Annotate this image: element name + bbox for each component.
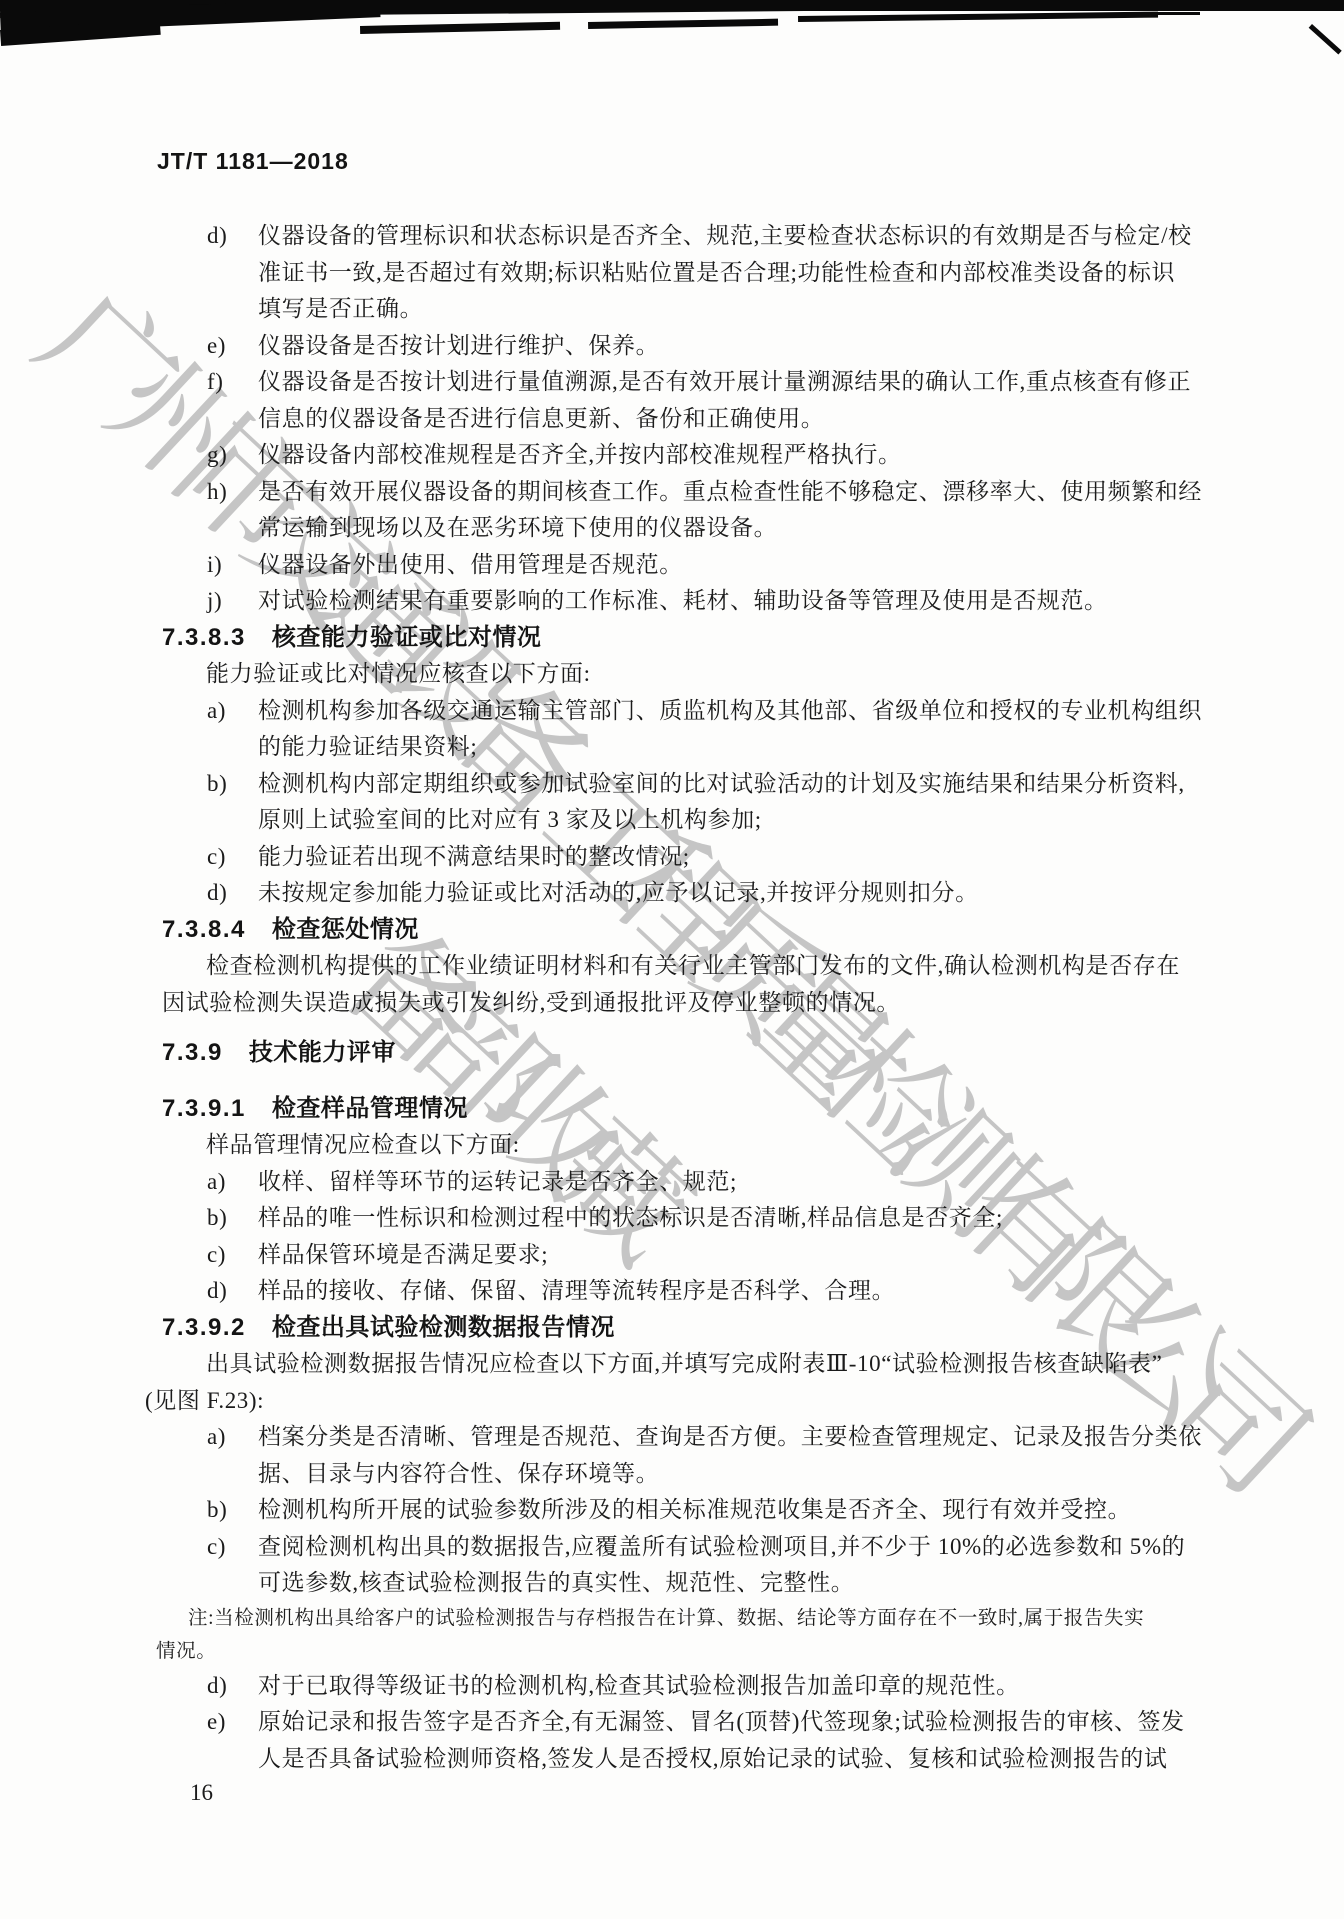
list-marker: a) (207, 693, 226, 730)
text-line: d)仪器设备的管理标识和状态标识是否齐全、规范,主要检查状态标识的有效期是否与检… (0, 218, 1344, 255)
list-marker: d) (207, 1668, 227, 1705)
section-title: 核查能力验证或比对情况 (272, 624, 542, 651)
line-text: 检查检测机构提供的工作业绩证明材料和有关行业主管部门发布的文件,确认检测机构是否… (206, 953, 1180, 978)
text-line: f)仪器设备是否按计划进行量值溯源,是否有效开展计量溯源结果的确认工作,重点核查… (0, 364, 1344, 401)
line-text: 常运输到现场以及在恶劣环境下使用的仪器设备。 (258, 515, 777, 540)
text-line: d)样品的接收、存储、保留、清理等流转程序是否科学、合理。 (0, 1273, 1344, 1310)
document-body: d)仪器设备的管理标识和状态标识是否齐全、规范,主要检查状态标识的有效期是否与检… (0, 218, 1344, 1806)
list-marker: b) (207, 1200, 227, 1237)
text-line: e)仪器设备是否按计划进行维护、保养。 (0, 328, 1344, 365)
line-text: 准证书一致,是否超过有效期;标识粘贴位置是否合理;功能性检查和内部校准类设备的标… (258, 260, 1175, 285)
line-text: 据、目录与内容符合性、保存环境等。 (258, 1461, 659, 1486)
text-line: c)样品保管环境是否满足要求; (0, 1237, 1344, 1274)
section-number: 7.3.9.1 (162, 1095, 246, 1122)
line-text: 检测机构所开展的试验参数所涉及的相关标准规范收集是否齐全、现行有效并受控。 (258, 1497, 1131, 1522)
line-text: 对于已取得等级证书的检测机构,检查其试验检测报告加盖印章的规范性。 (258, 1673, 1020, 1698)
line-text: 仪器设备外出使用、借用管理是否规范。 (258, 552, 683, 577)
line-text: 能力验证若出现不满意结果时的整改情况; (258, 844, 690, 869)
line-text: 对试验检测结果有重要影响的工作标准、耗材、辅助设备等管理及使用是否规范。 (258, 588, 1108, 613)
list-marker: b) (207, 1492, 227, 1529)
list-marker: j) (207, 583, 222, 620)
text-line: 信息的仪器设备是否进行信息更新、备份和正确使用。 (0, 401, 1344, 438)
list-marker: d) (207, 875, 227, 912)
line-text: 人是否具备试验检测师资格,签发人是否授权,原始记录的试验、复核和试验检测报告的试 (258, 1746, 1168, 1771)
line-text: 仪器设备的管理标识和状态标识是否齐全、规范,主要检查状态标识的有效期是否与检定/… (258, 223, 1192, 248)
line-text: 因试验检测失误造成损失或引发纠纷,受到通报批评及停业整顿的情况。 (162, 990, 900, 1015)
scan-artifact-dash-1 (360, 22, 560, 34)
section-heading: 7.3.9技术能力评审 (0, 1035, 1344, 1072)
scan-artifact-dash-2 (588, 19, 778, 29)
section-number: 7.3.8.4 (162, 916, 246, 943)
line-text: 的能力验证结果资料; (258, 734, 477, 759)
text-line: j)对试验检测结果有重要影响的工作标准、耗材、辅助设备等管理及使用是否规范。 (0, 583, 1344, 620)
line-text: 仪器设备内部校准规程是否齐全,并按内部校准规程严格执行。 (258, 442, 902, 467)
text-line: b)样品的唯一性标识和检测过程中的状态标识是否清晰,样品信息是否齐全; (0, 1200, 1344, 1237)
list-marker: e) (207, 328, 226, 365)
text-line: a)收样、留样等环节的运转记录是否齐全、规范; (0, 1164, 1344, 1201)
text-line: 准证书一致,是否超过有效期;标识粘贴位置是否合理;功能性检查和内部校准类设备的标… (0, 255, 1344, 292)
text-line: (见图 F.23): (0, 1383, 1344, 1420)
line-text: 能力验证或比对情况应核查以下方面: (206, 661, 591, 686)
text-line: 据、目录与内容符合性、保存环境等。 (0, 1456, 1344, 1493)
text-line: g)仪器设备内部校准规程是否齐全,并按内部校准规程严格执行。 (0, 437, 1344, 474)
text-line: 样品管理情况应检查以下方面: (0, 1127, 1344, 1164)
line-text: 样品保管环境是否满足要求; (258, 1242, 548, 1267)
page-number: 16 (0, 1780, 1344, 1806)
line-text: 仪器设备是否按计划进行维护、保养。 (258, 333, 659, 358)
line-text: 未按规定参加能力验证或比对活动的,应予以记录,并按评分规则扣分。 (258, 880, 979, 905)
text-line: 常运输到现场以及在恶劣环境下使用的仪器设备。 (0, 510, 1344, 547)
text-line: a)档案分类是否清晰、管理是否规范、查询是否方便。主要检查管理规定、记录及报告分… (0, 1419, 1344, 1456)
section-heading: 7.3.8.3核查能力验证或比对情况 (0, 620, 1344, 657)
text-line: i)仪器设备外出使用、借用管理是否规范。 (0, 547, 1344, 584)
list-marker: e) (207, 1704, 226, 1741)
line-text: 样品管理情况应检查以下方面: (206, 1132, 520, 1157)
list-marker: b) (207, 766, 227, 803)
text-line: a)检测机构参加各级交通运输主管部门、质监机构及其他部、省级单位和授权的专业机构… (0, 693, 1344, 730)
line-text: 档案分类是否清晰、管理是否规范、查询是否方便。主要检查管理规定、记录及报告分类依 (258, 1424, 1202, 1449)
section-number: 7.3.9 (162, 1039, 223, 1066)
list-marker: a) (207, 1419, 226, 1456)
line-text: 检测机构内部定期组织或参加试验室间的比对试验活动的计划及实施结果和结果分析资料, (258, 771, 1185, 796)
list-marker: c) (207, 839, 226, 876)
text-line: 能力验证或比对情况应核查以下方面: (0, 656, 1344, 693)
list-marker: a) (207, 1164, 226, 1201)
text-line: b)检测机构所开展的试验参数所涉及的相关标准规范收集是否齐全、现行有效并受控。 (0, 1492, 1344, 1529)
text-line: 出具试验检测数据报告情况应检查以下方面,并填写完成附表Ⅲ-10“试验检测报告核查… (0, 1346, 1344, 1383)
scan-artifact-corner-tick (1309, 24, 1342, 54)
text-line: c)查阅检测机构出具的数据报告,应覆盖所有试验检测项目,并不少于 10%的必选参… (0, 1529, 1344, 1566)
section-number: 7.3.8.3 (162, 624, 246, 651)
section-heading: 7.3.9.1检查样品管理情况 (0, 1091, 1344, 1128)
text-line: 检查检测机构提供的工作业绩证明材料和有关行业主管部门发布的文件,确认检测机构是否… (0, 948, 1344, 985)
section-title: 检查出具试验检测数据报告情况 (272, 1314, 615, 1341)
line-text: 信息的仪器设备是否进行信息更新、备份和正确使用。 (258, 406, 824, 431)
line-text: (见图 F.23): (145, 1388, 264, 1413)
text-line: b)检测机构内部定期组织或参加试验室间的比对试验活动的计划及实施结果和结果分析资… (0, 766, 1344, 803)
line-text: 是否有效开展仪器设备的期间核查工作。重点检查性能不够稳定、漂移率大、使用频繁和经 (258, 479, 1202, 504)
line-text: 仪器设备是否按计划进行量值溯源,是否有效开展计量溯源结果的确认工作,重点核查有修… (258, 369, 1191, 394)
list-marker: d) (207, 218, 227, 255)
line-text: 查阅检测机构出具的数据报告,应覆盖所有试验检测项目,并不少于 10%的必选参数和… (258, 1534, 1185, 1559)
list-marker: d) (207, 1273, 227, 1310)
list-marker: c) (207, 1529, 226, 1566)
line-text: 注:当检测机构出具给客户的试验检测报告与存档报告在计算、数据、结论等方面存在不一… (188, 1608, 1144, 1629)
note-line: 情况。 (0, 1635, 1344, 1668)
line-text: 情况。 (156, 1641, 216, 1662)
doc-code-header: JT/T 1181—2018 (157, 148, 349, 175)
section-heading: 7.3.8.4检查惩处情况 (0, 912, 1344, 949)
line-text: 填写是否正确。 (258, 296, 423, 321)
list-marker: h) (207, 474, 227, 511)
section-number: 7.3.9.2 (162, 1314, 246, 1341)
note-line: 注:当检测机构出具给客户的试验检测报告与存档报告在计算、数据、结论等方面存在不一… (0, 1602, 1344, 1635)
text-line: 填写是否正确。 (0, 291, 1344, 328)
line-text: 可选参数,核查试验检测报告的真实性、规范性、完整性。 (258, 1570, 854, 1595)
line-text: 样品的唯一性标识和检测过程中的状态标识是否清晰,样品信息是否齐全; (258, 1205, 1003, 1230)
text-line: d)未按规定参加能力验证或比对活动的,应予以记录,并按评分规则扣分。 (0, 875, 1344, 912)
line-text: 原则上试验室间的比对应有 3 家及以上机构参加; (258, 807, 762, 832)
section-title: 检查惩处情况 (272, 916, 419, 943)
line-text: 收样、留样等环节的运转记录是否齐全、规范; (258, 1169, 737, 1194)
text-line: h)是否有效开展仪器设备的期间核查工作。重点检查性能不够稳定、漂移率大、使用频繁… (0, 474, 1344, 511)
text-line: 人是否具备试验检测师资格,签发人是否授权,原始记录的试验、复核和试验检测报告的试 (0, 1741, 1344, 1778)
list-marker: c) (207, 1237, 226, 1274)
text-line: 的能力验证结果资料; (0, 729, 1344, 766)
section-title: 技术能力评审 (249, 1039, 396, 1066)
text-line: d)对于已取得等级证书的检测机构,检查其试验检测报告加盖印章的规范性。 (0, 1668, 1344, 1705)
text-line: c)能力验证若出现不满意结果时的整改情况; (0, 839, 1344, 876)
list-marker: f) (207, 364, 224, 401)
text-line: 因试验检测失误造成损失或引发纠纷,受到通报批评及停业整顿的情况。 (0, 985, 1344, 1022)
text-line: e)原始记录和报告签字是否齐全,有无漏签、冒名(顶替)代签现象;试验检测报告的审… (0, 1704, 1344, 1741)
scan-artifact-thin-line-2 (1138, 12, 1200, 15)
line-text: 出具试验检测数据报告情况应检查以下方面,并填写完成附表Ⅲ-10“试验检测报告核查… (206, 1351, 1162, 1376)
section-title: 检查样品管理情况 (272, 1095, 468, 1122)
scan-artifact-thin-line (798, 12, 1158, 22)
line-text: 样品的接收、存储、保留、清理等流转程序是否科学、合理。 (258, 1278, 895, 1303)
line-text: 检测机构参加各级交通运输主管部门、质监机构及其他部、省级单位和授权的专业机构组织 (258, 698, 1202, 723)
document-page: 广州市交通设备备部收藏工程质量检测有限公司 JT/T 1181—2018 d)仪… (0, 0, 1344, 1919)
text-line: 可选参数,核查试验检测报告的真实性、规范性、完整性。 (0, 1565, 1344, 1602)
line-text: 原始记录和报告签字是否齐全,有无漏签、冒名(顶替)代签现象;试验检测报告的审核、… (258, 1709, 1185, 1734)
list-marker: i) (207, 547, 222, 584)
section-heading: 7.3.9.2检查出具试验检测数据报告情况 (0, 1310, 1344, 1347)
text-line: 原则上试验室间的比对应有 3 家及以上机构参加; (0, 802, 1344, 839)
list-marker: g) (207, 437, 227, 474)
